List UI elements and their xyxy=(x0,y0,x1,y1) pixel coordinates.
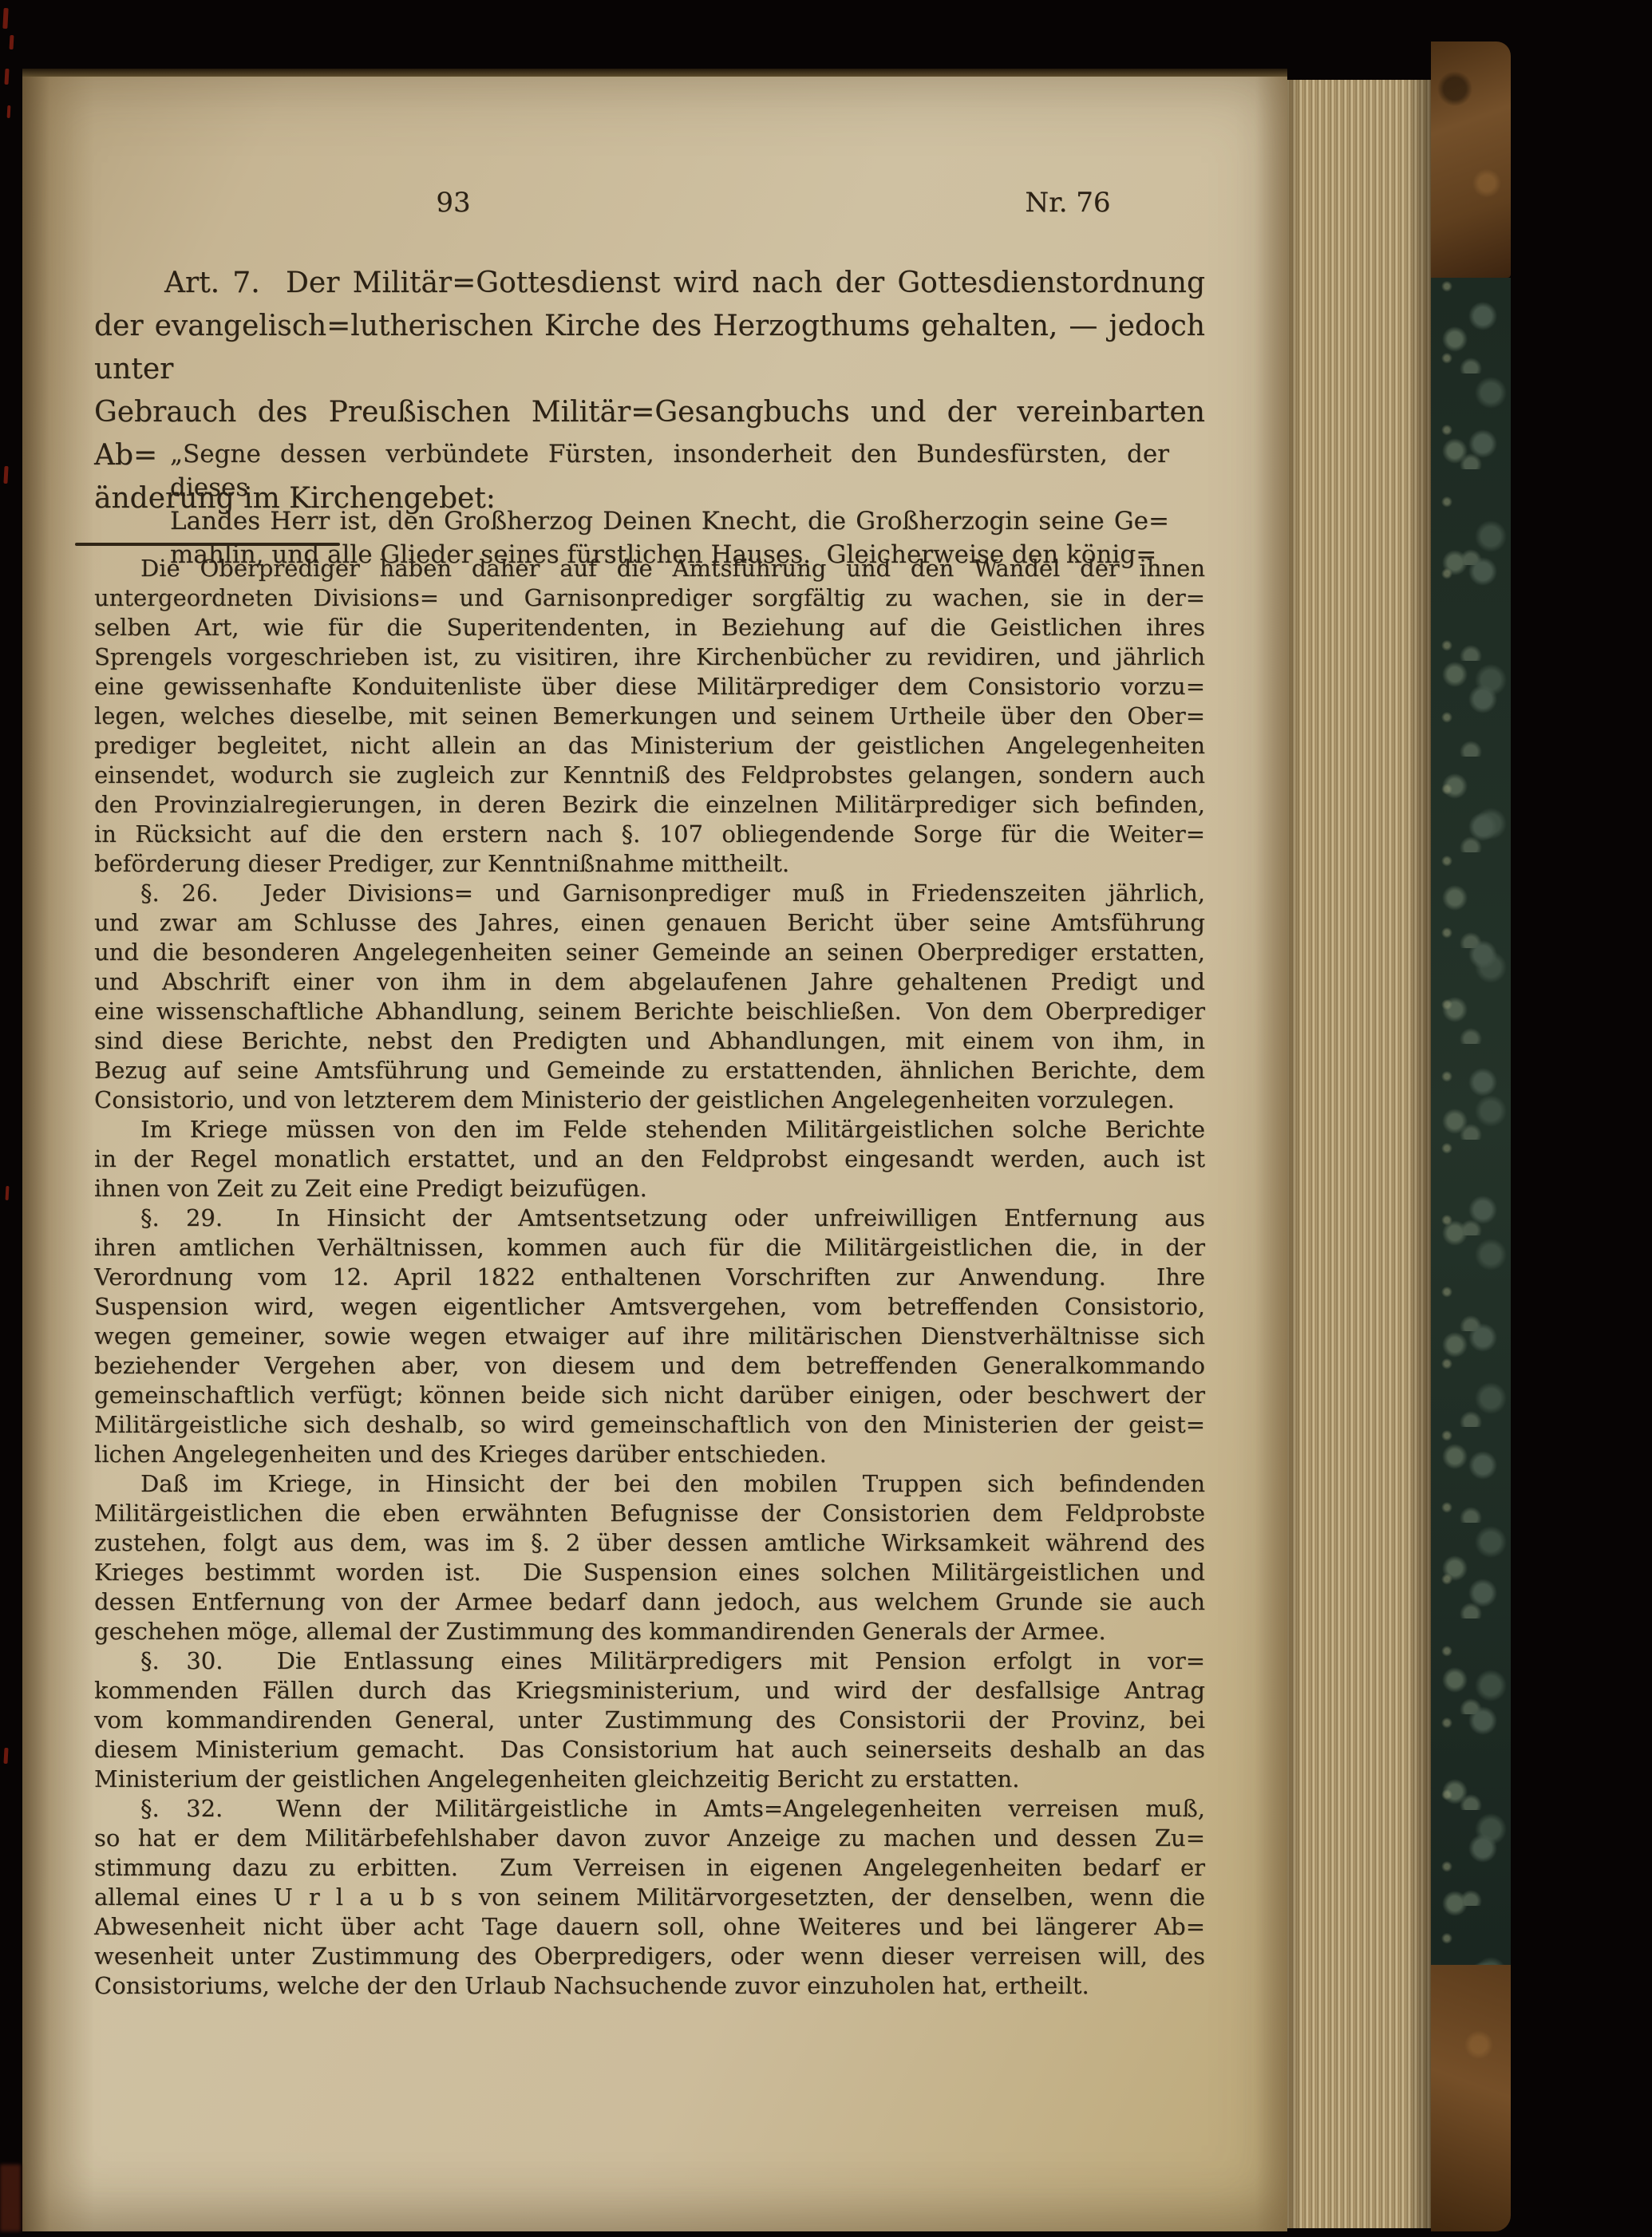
text-line: untergeordneten Divisions= und Garnisonp… xyxy=(94,583,1205,613)
text-line: Suspension wird, wegen eigentlicher Amts… xyxy=(94,1292,1205,1322)
footnote-paragraph: Im Kriege müssen von den im Felde stehen… xyxy=(94,1115,1205,1203)
text-line: Ministerium der geistlichen Angelegenhei… xyxy=(94,1765,1205,1794)
text-line: wegen gemeiner, sowie wegen etwaiger auf… xyxy=(94,1322,1205,1351)
text-line: den Provinzialregierungen, in deren Bezi… xyxy=(94,790,1205,820)
text-line: Abwesenheit nicht über acht Tage dauern … xyxy=(94,1912,1205,1942)
red-mark xyxy=(7,105,11,118)
red-mark xyxy=(10,35,14,49)
text-line: prediger begleitet, nicht allein an das … xyxy=(94,731,1205,761)
text-line: Daß im Kriege, in Hinsicht der bei den m… xyxy=(94,1469,1205,1499)
text-line: ihren amtlichen Verhältnissen, kommen au… xyxy=(94,1233,1205,1263)
text-line: Bezug auf seine Amtsführung und Gemeinde… xyxy=(94,1056,1205,1085)
text-line: vom kommandirenden General, unter Zustim… xyxy=(94,1705,1205,1735)
red-mark xyxy=(6,1186,10,1200)
text-line: Landes Herr ist, den Großherzog Deinen K… xyxy=(170,504,1169,538)
text-line: Verordnung vom 12. April 1822 enthaltene… xyxy=(94,1263,1205,1292)
text-line: legen, welches dieselbe, mit seinen Beme… xyxy=(94,702,1205,731)
text-line: gemeinschaftlich verfügt; können beide s… xyxy=(94,1381,1205,1410)
text-line: §. 26. Jeder Divisions= und Garnisonpred… xyxy=(94,879,1205,908)
text-line: diesem Ministerium gemacht. Das Consisto… xyxy=(94,1735,1205,1765)
text-line: §. 29. In Hinsicht der Amtsentsetzung od… xyxy=(94,1203,1205,1233)
text-line: zustehen, folgt aus dem, was im §. 2 übe… xyxy=(94,1528,1205,1558)
text-line: allemal eines U r l a u b s von seinem M… xyxy=(94,1883,1205,1912)
text-line: in der Regel monatlich erstattet, und an… xyxy=(94,1144,1205,1174)
text-line: §. 30. Die Entlassung eines Militärpredi… xyxy=(94,1646,1205,1676)
text-line: Militärgeistlichen die eben erwähnten Be… xyxy=(94,1499,1205,1528)
text-line: kommenden Fällen durch das Kriegsministe… xyxy=(94,1676,1205,1705)
footnote-section: Die Oberprediger haben daher auf die Amt… xyxy=(94,554,1205,2001)
text-line: und die besonderen Angelegenheiten seine… xyxy=(94,938,1205,967)
text-line: und zwar am Schlusse des Jahres, einen g… xyxy=(94,908,1205,938)
footnote-paragraph: Die Oberprediger haben daher auf die Amt… xyxy=(94,554,1205,879)
footnote-paragraph: Daß im Kriege, in Hinsicht der bei den m… xyxy=(94,1469,1205,1646)
text-line: einsendet, wodurch sie zugleich zur Kenn… xyxy=(94,761,1205,790)
text-line: Consistorio, und von letzterem dem Minis… xyxy=(94,1085,1205,1115)
text-line: selben Art, wie für die Superitendenten,… xyxy=(94,613,1205,642)
book-scan: 93 Nr. 76 Art. 7. Der Militär=Gottesdien… xyxy=(0,0,1652,2237)
text-line: Sprengels vorgeschrieben ist, zu visitir… xyxy=(94,642,1205,672)
footnote-paragraph: §. 26. Jeder Divisions= und Garnisonpred… xyxy=(94,879,1205,1115)
text-line: und Abschrift einer von ihm in dem abgel… xyxy=(94,967,1205,997)
page-text: 93 Nr. 76 Art. 7. Der Militär=Gottesdien… xyxy=(22,77,1287,2231)
text-line: eine gewissenhafte Konduitenliste über d… xyxy=(94,672,1205,702)
text-line: der evangelisch=lutherischen Kirche des … xyxy=(94,305,1205,391)
cover-marbled-board xyxy=(1431,278,1511,1965)
cover-corner-top xyxy=(1431,41,1511,278)
red-mark xyxy=(3,1748,8,1764)
text-line: Art. 7. Der Militär=Gottesdienst wird na… xyxy=(94,262,1205,305)
footnote-paragraph: §. 32. Wenn der Militärgeistliche in Amt… xyxy=(94,1794,1205,2001)
text-line: in Rücksicht auf die den erstern nach §.… xyxy=(94,820,1205,849)
text-line: „Segne dessen verbündete Fürsten, insond… xyxy=(170,437,1169,504)
text-line: wesenheit unter Zustimmung des Oberpredi… xyxy=(94,1942,1205,1971)
issue-number: Nr. 76 xyxy=(988,187,1148,219)
text-line: Consistoriums, welche der den Urlaub Nac… xyxy=(94,1971,1205,2001)
footnote-paragraph: §. 30. Die Entlassung eines Militärpredi… xyxy=(94,1646,1205,1794)
quote-paragraph: „Segne dessen verbündete Fürsten, insond… xyxy=(170,437,1169,571)
footnote-rule xyxy=(75,543,340,546)
text-line: Im Kriege müssen von den im Felde stehen… xyxy=(94,1115,1205,1144)
text-line: beförderung dieser Prediger, zur Kenntni… xyxy=(94,849,1205,879)
footnote-paragraph: §. 29. In Hinsicht der Amtsentsetzung od… xyxy=(94,1203,1205,1469)
text-line: Die Oberprediger haben daher auf die Amt… xyxy=(94,554,1205,583)
text-line: ihnen von Zeit zu Zeit eine Predigt beiz… xyxy=(94,1174,1205,1203)
text-line: sind diese Berichte, nebst den Predigten… xyxy=(94,1026,1205,1056)
red-mark xyxy=(2,8,8,29)
text-line: stimmung dazu zu erbitten. Zum Verreisen… xyxy=(94,1853,1205,1883)
text-line: Krieges bestimmt worden ist. Die Suspens… xyxy=(94,1558,1205,1587)
text-line: lichen Angelegenheiten und des Krieges d… xyxy=(94,1440,1205,1469)
red-mark xyxy=(3,466,8,484)
text-line: Militärgeistliche sich deshalb, so wird … xyxy=(94,1410,1205,1440)
text-line: beziehender Vergehen aber, von diesem un… xyxy=(94,1351,1205,1381)
text-line: eine wissenschaftliche Abhandlung, seine… xyxy=(94,997,1205,1026)
fore-edge-page-stack xyxy=(1287,80,1433,2228)
cover-corner-bottom xyxy=(1431,1965,1511,2231)
text-line: so hat er dem Militärbefehlshaber davon … xyxy=(94,1824,1205,1853)
text-line: §. 32. Wenn der Militärgeistliche in Amt… xyxy=(94,1794,1205,1824)
cover-smudge xyxy=(0,2164,21,2231)
text-line: geschehen möge, allemal der Zustimmung d… xyxy=(94,1617,1205,1646)
red-mark xyxy=(4,69,9,85)
page-number: 93 xyxy=(397,187,509,219)
text-line: dessen Entfernung von der Armee bedarf d… xyxy=(94,1587,1205,1617)
